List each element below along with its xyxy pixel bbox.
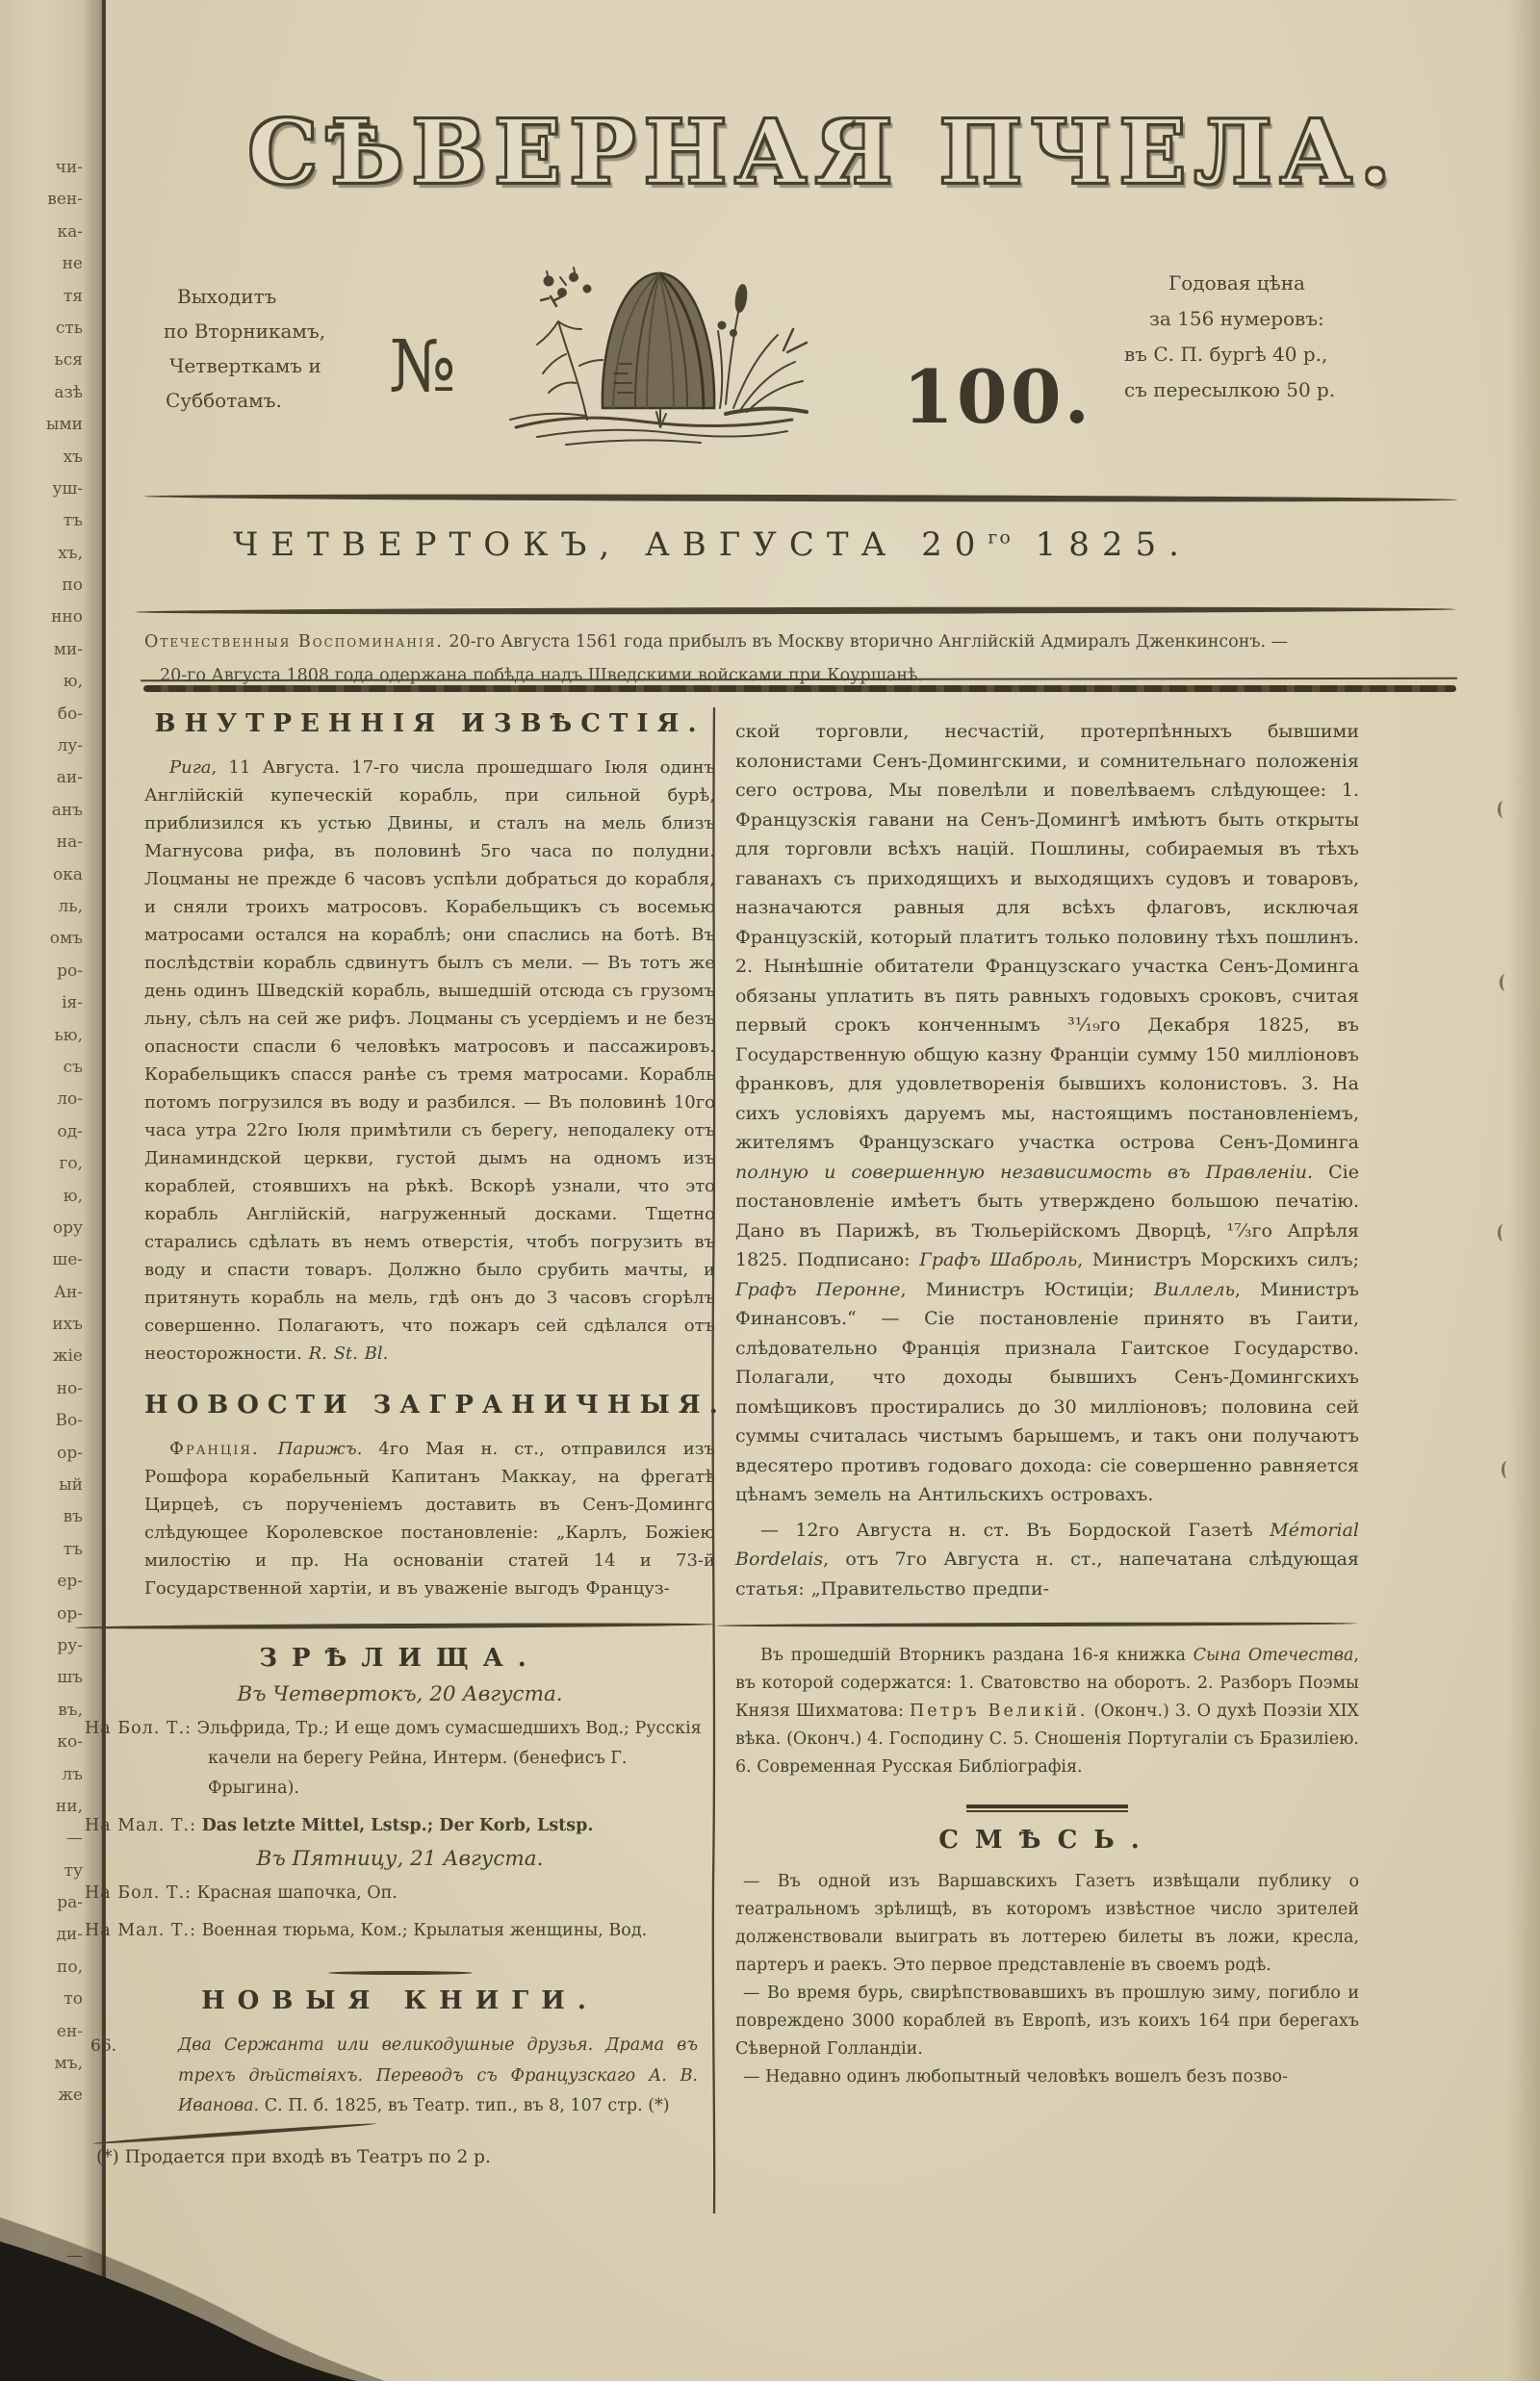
fragment-line: омъ bbox=[0, 923, 89, 955]
fragment-line: од- bbox=[0, 1116, 89, 1148]
book-entry: 66. Два Сержанта или великодушные друзья… bbox=[85, 2031, 715, 2122]
price-line: съ пересылкою 50 р. bbox=[1124, 372, 1335, 408]
thick-rule bbox=[143, 685, 1456, 692]
text-segment: R. St. Bl. bbox=[309, 1344, 389, 1364]
fragment-line: ль, bbox=[0, 891, 89, 923]
text-segment: , Министръ Юстиціи; bbox=[901, 1279, 1154, 1300]
text-segment: 4го Мая н. ст., отправился изъ Рошфора к… bbox=[144, 1439, 715, 1599]
fragment-line: ор- bbox=[0, 1599, 89, 1630]
theatre-label: На Мал. Т.: bbox=[85, 1921, 196, 1940]
fragment-line: сть bbox=[0, 313, 89, 345]
section-heading-spectacles: ЗРѢЛИЩА. bbox=[85, 1644, 715, 1673]
text-segment: Петръ Великій. bbox=[910, 1702, 1088, 1721]
page-right-edge-shadow bbox=[1507, 0, 1540, 2381]
fragment-line: тъ bbox=[0, 1534, 89, 1566]
fragment-line: бо- bbox=[0, 699, 89, 730]
fragment-line: жіе bbox=[0, 1341, 89, 1372]
fragment-line: ни, bbox=[0, 1791, 89, 1823]
fragment-line: ыми bbox=[0, 409, 89, 441]
playbill-item: На Мал. Т.: Военная тюрьма, Ком.; Крылат… bbox=[85, 1916, 715, 1946]
fragment-line: съ bbox=[0, 1052, 89, 1084]
masthead-title: СѢВЕРНАЯ ПЧЕЛА. bbox=[149, 100, 1497, 204]
fragment-line: ди- bbox=[0, 1919, 89, 1951]
fragment-line: въ bbox=[0, 1501, 89, 1533]
fragment-line: но- bbox=[0, 1373, 89, 1405]
fragment-line: ту bbox=[0, 1856, 89, 1887]
dateline-main: ЧЕТВЕРТОКЪ, АВГУСТА 20 bbox=[233, 525, 988, 564]
schedule-line: Выходитъ bbox=[164, 279, 325, 314]
article-bordeaux-gazette: — 12го Августа н. ст. Въ Бордоской Газет… bbox=[735, 1516, 1359, 1604]
misc-item-warsaw: — Въ одной изъ Варшавскихъ Газетъ извѣща… bbox=[735, 1868, 1359, 1980]
section-rule bbox=[75, 1622, 715, 1629]
issue-number: 100. bbox=[903, 354, 1092, 440]
fragment-line: ью, bbox=[0, 1020, 89, 1052]
fragment-line: ю, bbox=[0, 666, 89, 698]
epigraph: Отечественныя Воспоминанія. 20-го Август… bbox=[144, 626, 1465, 693]
publication-schedule: Выходитъ по Вторникамъ, Четверткамъ и Су… bbox=[164, 279, 325, 418]
fragment-line: ло- bbox=[0, 1084, 89, 1115]
fragment-line: Во- bbox=[0, 1405, 89, 1437]
dateline-year: 1825. bbox=[1013, 525, 1192, 564]
article-france: Франція. Парижъ. 4го Мая н. ст., отправи… bbox=[144, 1435, 715, 1602]
right-column: ской торговли, несчастій, протерпѣнныхъ … bbox=[735, 717, 1359, 2091]
fragment-line: ра- bbox=[0, 1887, 89, 1919]
dateline: ЧЕТВЕРТОКЪ, АВГУСТА 20го 1825. bbox=[212, 525, 1213, 564]
epigraph-line: Отечественныя Воспоминанія. 20-го Август… bbox=[144, 626, 1465, 659]
price-line: Годовая цѣна bbox=[1124, 266, 1335, 301]
fragment-line: аи- bbox=[0, 762, 89, 794]
text-segment: — 12го Августа н. ст. Въ Бордоской Газет… bbox=[760, 1520, 1270, 1541]
beehive-vignette-icon bbox=[499, 239, 820, 452]
page-edge-mark bbox=[1500, 974, 1511, 991]
playbill-item: На Мал. Т.: Das letzte Mittel, Lstsp.; D… bbox=[85, 1811, 715, 1841]
price-line: за 156 нумеровъ: bbox=[1124, 301, 1335, 337]
playbill-text: Эльфрида, Тр.; И еще домъ сумасшедшихъ В… bbox=[197, 1719, 702, 1798]
page-edge-mark bbox=[1501, 1461, 1513, 1478]
fragment-line: ока bbox=[0, 859, 89, 891]
text-segment: С. П. б. 1825, въ Театр. тип., въ 8, 107… bbox=[265, 2096, 670, 2115]
facing-page-edge: чи-вен-ка-нетястььсяазѣымихъуш-тъхъ,понн… bbox=[0, 0, 94, 2381]
fragment-line: хъ, bbox=[0, 538, 89, 570]
text-segment: 20-го Августа 1561 года прибылъ въ Москв… bbox=[444, 632, 1288, 652]
fragment-line: чи- bbox=[0, 152, 89, 184]
theatre-label: На Мал. Т.: bbox=[85, 1816, 196, 1835]
fragment-line: уш- bbox=[0, 474, 89, 505]
text-segment: Въ прошедшій Вторникъ раздана 16-я книжк… bbox=[760, 1646, 1193, 1665]
fragment-line bbox=[0, 2112, 89, 2144]
fragment-line: ься bbox=[0, 345, 89, 376]
text-segment: Графъ Шаброль bbox=[919, 1249, 1077, 1270]
fragment-line: по bbox=[0, 570, 89, 602]
fragment-line: ру- bbox=[0, 1630, 89, 1662]
text-segment: Франція. bbox=[169, 1439, 278, 1459]
section-heading-foreign-news: НОВОСТИ ЗАГРАНИЧНЫЯ. bbox=[144, 1391, 715, 1420]
short-rule bbox=[328, 1971, 473, 1975]
schedule-line: Четверткамъ и bbox=[164, 348, 325, 383]
fragment-line: Ан- bbox=[0, 1277, 89, 1309]
article-decree-continuation: ской торговли, несчастій, протерпѣнныхъ … bbox=[735, 717, 1359, 1510]
text-segment: Отечественныя Воспоминанія. bbox=[144, 632, 444, 652]
fragment-line: хъ bbox=[0, 442, 89, 474]
book-entry-number: 66. bbox=[90, 2032, 116, 2062]
facing-page-text-fragments: чи-вен-ка-нетястььсяазѣымихъуш-тъхъ,понн… bbox=[0, 152, 89, 2273]
fragment-line: ми- bbox=[0, 634, 89, 666]
footnote-rule bbox=[92, 2121, 376, 2145]
fragment-line: мъ, bbox=[0, 2048, 89, 2080]
theatre-label: На Бол. Т.: bbox=[85, 1719, 192, 1738]
fragment-line: тя bbox=[0, 281, 89, 313]
fragment-line: по, bbox=[0, 1952, 89, 1984]
short-thick-rule bbox=[966, 1805, 1128, 1812]
fragment-line: лъ bbox=[0, 1759, 89, 1791]
fragment-line: же bbox=[0, 2080, 89, 2112]
text-segment: полную и совершенную независимость въ Пр… bbox=[735, 1162, 1313, 1183]
fragment-line: ко- bbox=[0, 1727, 89, 1758]
fragment-line: ю, bbox=[0, 1181, 89, 1213]
left-column: ВНУТРЕННІЯ ИЗВѢСТІЯ. Рига, 11 Августа. 1… bbox=[85, 709, 715, 2167]
fragment-line: шъ bbox=[0, 1662, 89, 1694]
text-segment: , Министръ Морскихъ силъ; bbox=[1077, 1249, 1359, 1270]
page-edge-mark bbox=[1498, 1224, 1509, 1242]
theatre-label: На Бол. Т.: bbox=[85, 1883, 192, 1903]
fragment-line: тъ bbox=[0, 505, 89, 537]
text-segment: , отъ 7го Августа н. ст., напечатана слѣ… bbox=[735, 1549, 1359, 1600]
misc-item-storms: — Во время бурь, свирѣпствовавшихъ въ пр… bbox=[735, 1980, 1359, 2063]
section-heading-domestic-news: ВНУТРЕННІЯ ИЗВѢСТІЯ. bbox=[144, 709, 715, 738]
book-entry-text: Два Сержанта или великодушные друзья. Др… bbox=[178, 2031, 698, 2122]
fragment-line: го, bbox=[0, 1148, 89, 1180]
fragment-line: нно bbox=[0, 602, 89, 633]
text-segment: Сына Отечества bbox=[1193, 1646, 1354, 1665]
fragment-line: ен- bbox=[0, 2016, 89, 2048]
schedule-line: Субботамъ. bbox=[164, 383, 325, 418]
fragment-line: анъ bbox=[0, 795, 89, 827]
fragment-line: въ, bbox=[0, 1695, 89, 1727]
dateline-ordinal: го bbox=[988, 527, 1012, 549]
text-segment: Виллель bbox=[1154, 1279, 1235, 1300]
fragment-line: ка- bbox=[0, 217, 89, 248]
text-segment: , Министръ Финансовъ.“ — Сіе постановлен… bbox=[735, 1279, 1359, 1506]
fragment-line: лу- bbox=[0, 730, 89, 762]
text-segment: Рига bbox=[169, 757, 212, 778]
text-segment: Графъ Перонне bbox=[735, 1279, 901, 1300]
fragment-line: ія- bbox=[0, 987, 89, 1019]
fragment-line: ше- bbox=[0, 1244, 89, 1276]
fragment-line: вен- bbox=[0, 184, 89, 216]
playbill-text: Красная шапочка, Оп. bbox=[197, 1883, 398, 1903]
fragment-line: ый bbox=[0, 1470, 89, 1501]
schedule-line: по Вторникамъ, bbox=[164, 314, 325, 348]
playbill-item: На Бол. Т.: Красная шапочка, Оп. bbox=[85, 1879, 715, 1908]
text-segment: Парижъ. bbox=[278, 1439, 363, 1459]
playbill-text: Военная тюрьма, Ком.; Крылатыя женщины, … bbox=[202, 1921, 648, 1940]
fragment-line: ер- bbox=[0, 1566, 89, 1598]
fragment-line: ихъ bbox=[0, 1309, 89, 1341]
text-segment: , 11 Августа. 17-го числа прошедшаго Іюл… bbox=[144, 757, 715, 1364]
fragment-line: не bbox=[0, 248, 89, 280]
section-rule bbox=[716, 1622, 1357, 1627]
article-riga: Рига, 11 Августа. 17-го числа прошедшаго… bbox=[144, 754, 715, 1368]
issue-number-sign: № bbox=[389, 325, 456, 408]
section-heading-miscellany: СМѢСЬ. bbox=[735, 1826, 1359, 1855]
section-heading-new-books: НОВЫЯ КНИГИ. bbox=[85, 1986, 715, 2015]
subscription-price: Годовая цѣна за 156 нумеровъ: въ С. П. б… bbox=[1124, 266, 1335, 408]
fragment-line: на- bbox=[0, 827, 89, 858]
fragment-line: ро- bbox=[0, 956, 89, 987]
misc-item-curious: — Недавно одинъ любопытный человѣкъ воше… bbox=[735, 2063, 1359, 2091]
playbill-item: На Бол. Т.: Эльфрида, Тр.; И еще домъ су… bbox=[85, 1714, 715, 1804]
text-segment: ской торговли, несчастій, протерпѣнныхъ … bbox=[735, 721, 1359, 1153]
fragment-line: азѣ bbox=[0, 377, 89, 409]
fragment-line: то bbox=[0, 1984, 89, 2015]
newspaper-page-scan: чи-вен-ка-нетястььсяазѣымихъуш-тъхъ,понн… bbox=[0, 0, 1540, 2381]
fragment-line: — bbox=[0, 1823, 89, 1855]
book-corner-shadow bbox=[0, 2160, 385, 2381]
announcement-syn-otechestva: Въ прошедшій Вторникъ раздана 16-я книжк… bbox=[735, 1642, 1359, 1781]
fragment-line: ор- bbox=[0, 1438, 89, 1470]
spectacles-day2: Въ Пятницу, 21 Августа. bbox=[85, 1847, 715, 1871]
fragment-line: ору bbox=[0, 1213, 89, 1244]
page-edge-mark bbox=[1498, 801, 1509, 818]
spectacles-day1: Въ Четвертокъ, 20 Августа. bbox=[85, 1682, 715, 1706]
playbill-text: Das letzte Mittel, Lstsp.; Der Korb, Lst… bbox=[202, 1816, 594, 1835]
price-line: въ С. П. бургѣ 40 р., bbox=[1124, 337, 1335, 372]
